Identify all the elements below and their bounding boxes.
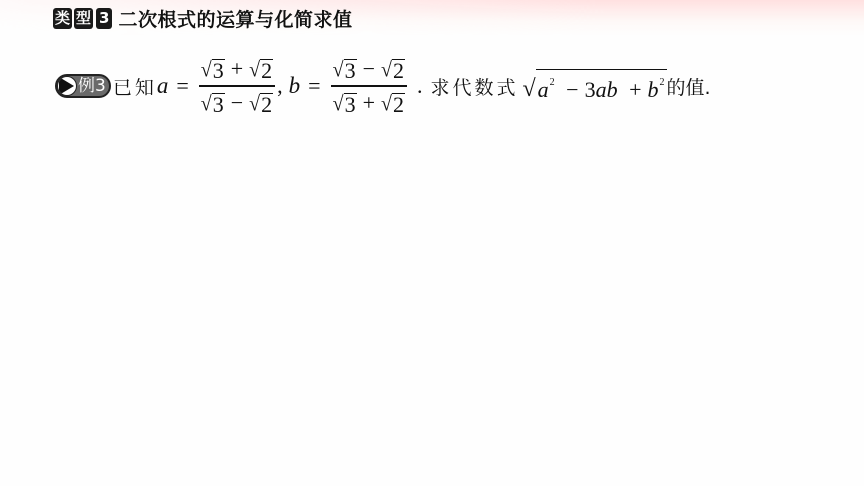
example-problem: 例3 已知 a = √3+√2 √3−√2 , b = √3−√2 √3+√2 … [55,50,711,122]
intro-text: 已知 [113,73,157,100]
fraction-b: √3−√2 √3+√2 [331,55,407,117]
play-triangle-icon [57,76,77,96]
sqrt-term: √3 [201,92,225,116]
sqrt-term: √3 [333,58,357,82]
fraction-b-denominator: √3+√2 [331,89,407,117]
variable-b: b [289,73,301,99]
type-tag-number: 3 [96,8,112,29]
sqrt-term: √2 [249,58,273,82]
variable-a: a [157,73,169,99]
type-tag-char: 类 [53,8,72,29]
expression-sqrt: √ a2 −3ab +b2 [522,69,666,103]
period: . [417,73,423,99]
example-badge: 例3 [55,74,111,98]
equals-sign: = [176,73,188,99]
example-label: 例3 [78,76,106,96]
type-tag-char: 型 [74,8,93,29]
expression-radicand: a2 −3ab +b2 [536,69,667,103]
sqrt-term: √2 [381,92,405,116]
sqrt-term: √3 [333,92,357,116]
fraction-a-numerator: √3+√2 [199,55,275,83]
fraction-b-numerator: √3−√2 [331,55,407,83]
comma: , [277,73,283,99]
fraction-bar [199,85,275,87]
fraction-a: √3+√2 √3−√2 [199,55,275,117]
section-title: 二次根式的运算与化简求值 [118,5,352,32]
fraction-a-denominator: √3−√2 [199,89,275,117]
equals-sign: = [308,73,320,99]
sqrt-term: √2 [381,58,405,82]
section-heading: 类 型 3 二次根式的运算与化简求值 [53,6,352,30]
sqrt-term: √3 [201,58,225,82]
fraction-bar [331,85,407,87]
ask-text: 求代数式 [430,73,518,100]
radical-sign: √ [522,75,535,103]
tail-text: 的值. [667,73,711,100]
sqrt-term: √2 [249,92,273,116]
